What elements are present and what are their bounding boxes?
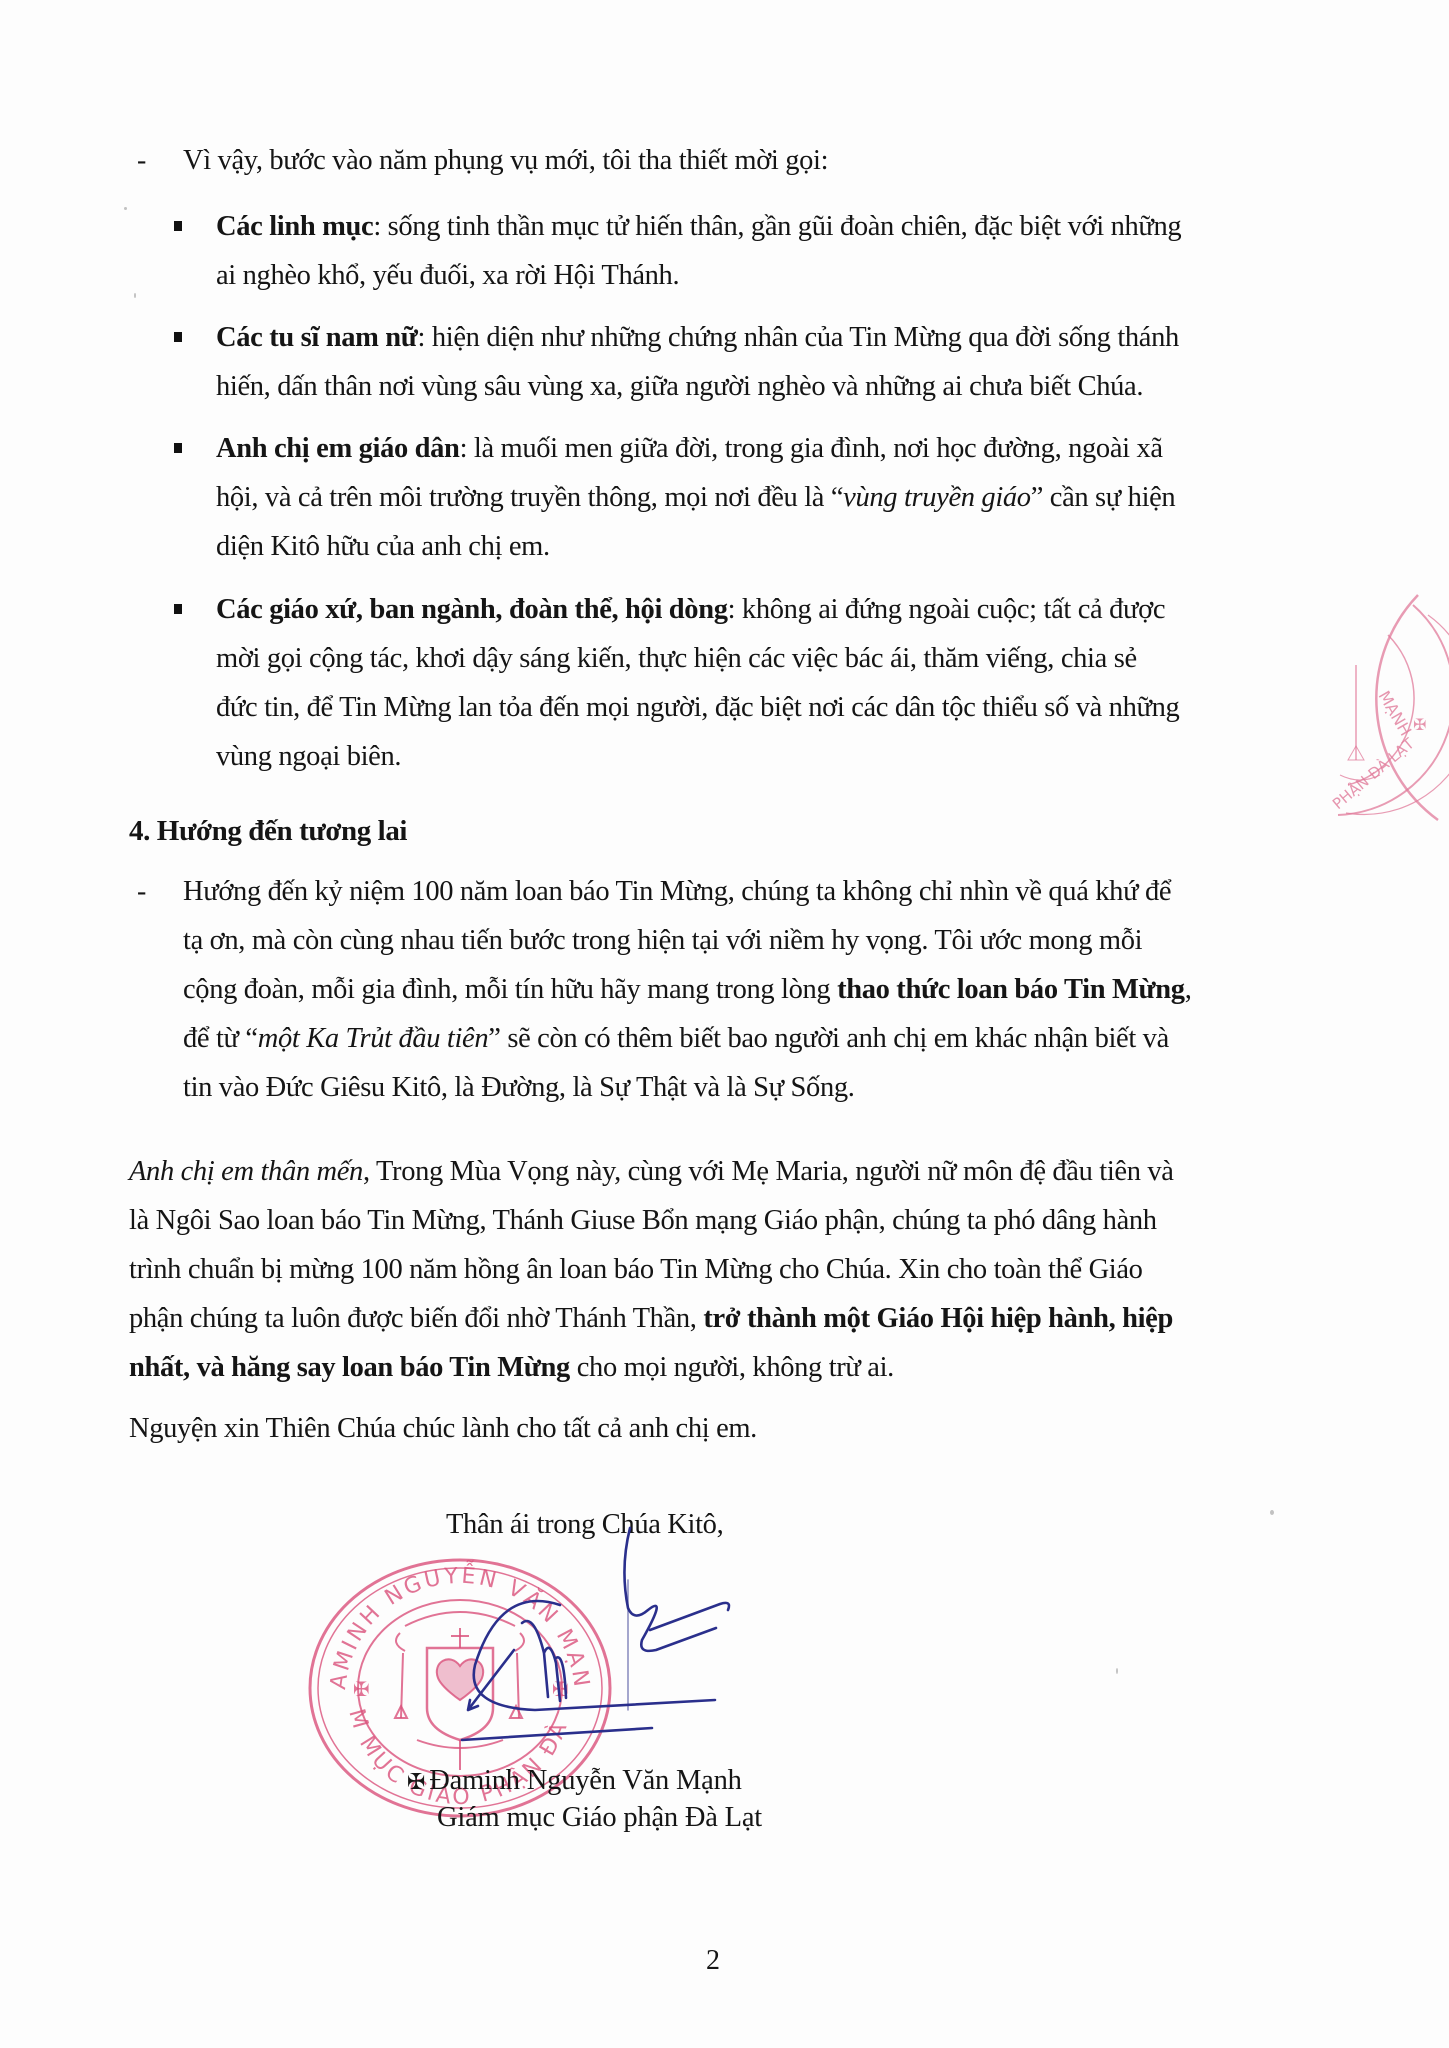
svg-text:✠: ✠ bbox=[353, 1677, 370, 1701]
blessing: Nguyện xin Thiên Chúa chúc lành cho tất … bbox=[129, 1404, 757, 1453]
term-religious: Các tu sĩ nam nữ bbox=[216, 322, 418, 353]
document-page: - Vì vậy, bước vào năm phụng vụ mới, tôi… bbox=[0, 0, 1449, 2048]
cross-icon: ✠ bbox=[407, 1770, 425, 1795]
dash-bullet: - bbox=[137, 136, 146, 185]
closing-line5: nhất, và hăng say loan báo Tin Mừng cho … bbox=[129, 1343, 894, 1392]
svg-text:PHẬN ĐÀ LẠT: PHẬN ĐÀ LẠT bbox=[1328, 733, 1418, 813]
closing-line1: Anh chị em thân mến, Trong Mùa Vọng này,… bbox=[129, 1147, 1174, 1196]
page-number: 2 bbox=[706, 1945, 720, 1977]
handwritten-signature bbox=[430, 1520, 810, 1760]
section4-line5: tin vào Đức Giêsu Kitô, là Đường, là Sự … bbox=[183, 1063, 855, 1112]
edge-seal-icon: MẠNH ✠ PHẬN ĐÀ LẠT bbox=[1318, 585, 1449, 825]
square-bullet-icon bbox=[174, 604, 182, 614]
invitation-parishes-line3: đức tin, để Tin Mừng lan tỏa đến mọi ngư… bbox=[216, 683, 1179, 732]
signer-title: Giám mục Giáo phận Đà Lạt bbox=[437, 1800, 762, 1836]
scan-speck bbox=[1270, 1510, 1274, 1515]
invitation-parishes: Các giáo xứ, ban ngành, đoàn thể, hội dò… bbox=[216, 585, 1165, 634]
invitation-religious-line2: hiến, dấn thân nơi vùng sâu vùng xa, giữ… bbox=[216, 362, 1143, 411]
square-bullet-icon bbox=[174, 221, 182, 231]
square-bullet-icon bbox=[174, 443, 182, 453]
closing-line4: phận chúng ta luôn được biến đổi nhờ Thá… bbox=[129, 1294, 1173, 1343]
invitation-religious: Các tu sĩ nam nữ: hiện diện như những ch… bbox=[216, 313, 1179, 362]
scan-speck bbox=[1116, 1668, 1118, 1674]
dash-bullet: - bbox=[137, 867, 146, 916]
invitation-laity: Anh chị em giáo dân: là muối men giữa đờ… bbox=[216, 424, 1163, 473]
section4-line3: cộng đoàn, mỗi gia đình, mỗi tín hữu hãy… bbox=[183, 965, 1191, 1014]
scan-speck bbox=[134, 293, 136, 298]
term-parishes: Các giáo xứ, ban ngành, đoàn thể, hội dò… bbox=[216, 594, 728, 625]
section-heading: 4. Hướng đến tương lai bbox=[129, 807, 407, 856]
greeting: Anh chị em thân mến bbox=[129, 1156, 363, 1187]
invitation-priests-line2: ai nghèo khổ, yếu đuối, xa rời Hội Thánh… bbox=[216, 251, 679, 300]
signer-name: ✠Đaminh Nguyễn Văn Mạnh bbox=[407, 1763, 742, 1801]
section4-line2: tạ ơn, mà còn cùng nhau tiến bước trong … bbox=[183, 916, 1142, 965]
svg-text:✠: ✠ bbox=[1413, 715, 1426, 734]
intro-text: Vì vậy, bước vào năm phụng vụ mới, tôi t… bbox=[183, 136, 828, 185]
section4-line4: để từ “một Ka Trủt đầu tiên” sẽ còn có t… bbox=[183, 1014, 1169, 1063]
term-laity: Anh chị em giáo dân bbox=[216, 433, 460, 464]
closing-line3: trình chuẩn bị mừng 100 năm hồng ân loan… bbox=[129, 1245, 1143, 1294]
section4-line1: Hướng đến kỷ niệm 100 năm loan báo Tin M… bbox=[183, 867, 1171, 916]
invitation-priests: Các linh mục: sống tinh thần mục tử hiến… bbox=[216, 202, 1181, 251]
scan-speck bbox=[124, 207, 127, 210]
invitation-parishes-line4: vùng ngoại biên. bbox=[216, 732, 401, 781]
term-priests: Các linh mục bbox=[216, 211, 373, 242]
invitation-parishes-line2: mời gọi cộng tác, khơi dậy sáng kiến, th… bbox=[216, 634, 1137, 683]
invitation-laity-line2: hội, và cả trên môi trường truyền thông,… bbox=[216, 473, 1175, 522]
closing-line2: là Ngôi Sao loan báo Tin Mừng, Thánh Giu… bbox=[129, 1196, 1157, 1245]
invitation-laity-line3: diện Kitô hữu của anh chị em. bbox=[216, 522, 550, 571]
square-bullet-icon bbox=[174, 332, 182, 342]
